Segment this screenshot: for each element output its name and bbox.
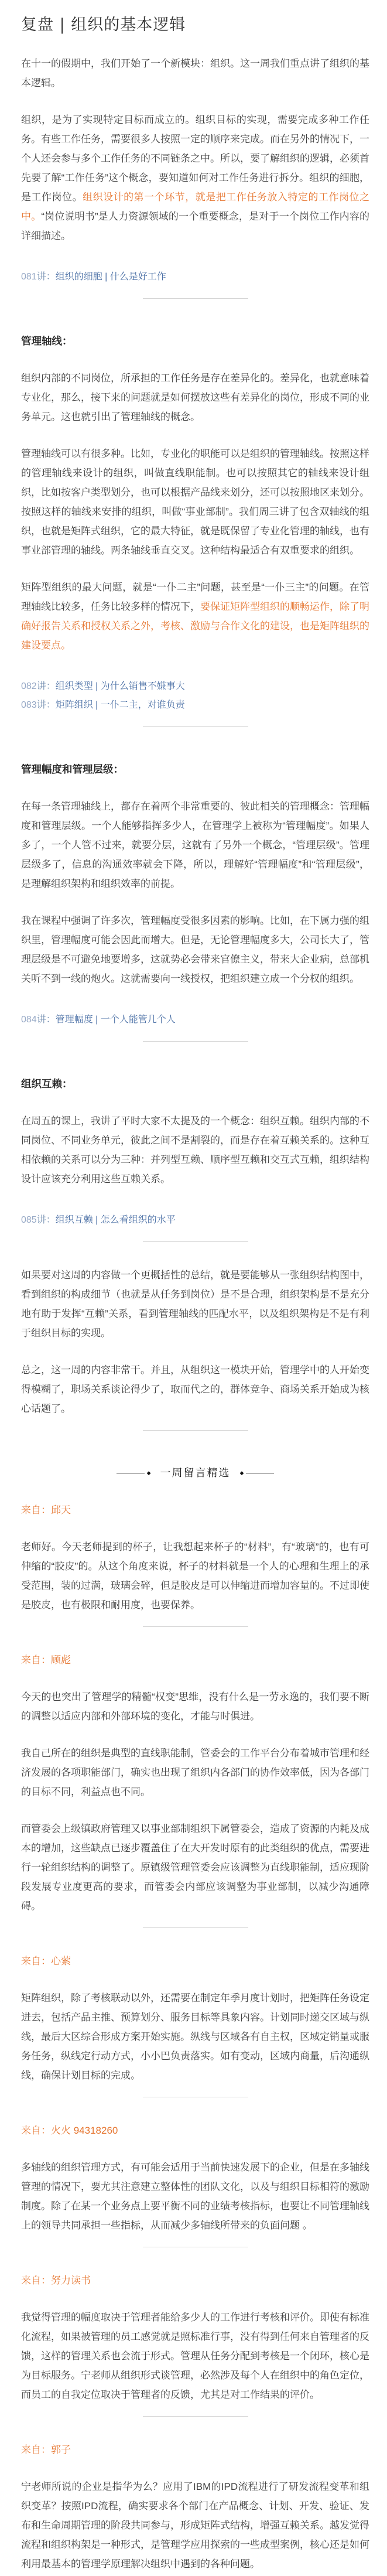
lecture-links: 084讲：管理幅度 | 一个人能管几个人 <box>21 1011 369 1029</box>
comment-author: 火火 94318260 <box>51 2125 118 2136</box>
diamond-icon: ◆ <box>147 1470 151 1476</box>
lecture-title: 矩阵组织 | 一仆二主，对谁负责 <box>56 700 185 710</box>
header-line-left <box>117 1473 145 1473</box>
header-line-right <box>246 1473 274 1473</box>
comment-author-label: 来自：心萦 <box>21 1951 369 1971</box>
section-divider <box>143 1430 248 1431</box>
span-levels-paragraph-2: 我在课程中强调了许多次，管理幅度受很多因素的影响。比如，在下属力强的组织里，管理… <box>21 911 369 988</box>
comment-paragraph: 宁老师所说的企业是指华为么？应用了IBM的IPD流程进行了研发流程变革和组织变革… <box>21 2477 369 2574</box>
lecture-link-082[interactable]: 082讲：组织类型 | 为什么销售不嫌事大 <box>21 677 369 696</box>
section-divider <box>143 1626 248 1627</box>
comment-author-label: 来自：邱天 <box>21 1500 369 1520</box>
comment-author: 顾彪 <box>51 1654 71 1666</box>
diamond-icon: ◆ <box>240 1470 244 1476</box>
section-heading-interdependence: 组织互赖： <box>21 1074 369 1094</box>
summary-paragraph-1: 如果要对这周的内容做一个更概括性的总结，就是要能够从一张组织结构图中，看到组织的… <box>21 1265 369 1343</box>
lecture-links: 082讲：组织类型 | 为什么销售不嫌事大 083讲：矩阵组织 | 一仆二主，对… <box>21 677 369 715</box>
lecture-number: 084 <box>21 1015 37 1025</box>
body-text: 组织，是为了实现特定目标而成立的。组织目标的实现，需要完成多种工作任务。有些工作… <box>21 114 369 203</box>
lecture-suffix: 讲： <box>37 681 56 691</box>
lecture-number: 081 <box>21 272 37 282</box>
lecture-number: 082 <box>21 681 37 691</box>
lecture-suffix: 讲： <box>37 1015 56 1025</box>
intro-paragraph-2: 组织，是为了实现特定目标而成立的。组织目标的实现，需要完成多种工作任务。有些工作… <box>21 110 369 245</box>
from-label: 来自： <box>21 2444 51 2455</box>
section-divider <box>143 2247 248 2247</box>
article-page: 复盘 | 组织的基本逻辑 在十一的假期中，我们开始了一个新模块：组织。这一周我们… <box>0 0 387 2576</box>
comments-header-title: 一周留言精选 <box>160 1463 231 1483</box>
from-label: 来自： <box>21 1504 51 1516</box>
comment-author: 郭子 <box>51 2444 71 2455</box>
axis-paragraph-2: 管理轴线可以有很多种。比如，专业化的职能可以是组织的管理轴线。按照这样的管理轴线… <box>21 444 369 560</box>
comment-paragraph: 多轴线的组织管理方式，有可能会适用于当前快速发展下的企业，但是在多轴线管理的情况… <box>21 2158 369 2235</box>
comment-paragraph: 我自己所在的组织是典型的直线职能制，管委会的工作平台分布着城市管理和经济发展的各… <box>21 1744 369 1802</box>
lecture-title: 组织互赖 | 怎么看组织的水平 <box>56 1215 176 1225</box>
page-title: 复盘 | 组织的基本逻辑 <box>21 14 369 36</box>
lecture-link-084[interactable]: 084讲：管理幅度 | 一个人能管几个人 <box>21 1011 369 1029</box>
section-divider <box>143 2097 248 2097</box>
section-heading-span-and-levels: 管理幅度和管理层级： <box>21 760 369 779</box>
comment-author: 努力读书 <box>51 2275 91 2286</box>
axis-paragraph-3: 矩阵型组织的最大问题，就是“一仆二主”问题，甚至是“一仆三主”的问题。在管理轴线… <box>21 578 369 655</box>
comment-author-label: 来自：努力读书 <box>21 2271 369 2290</box>
from-label: 来自： <box>21 2275 51 2286</box>
section-heading-management-axis: 管理轴线： <box>21 332 369 351</box>
lecture-links: 085讲：组织互赖 | 怎么看组织的水平 <box>21 1211 369 1230</box>
lecture-title: 组织的细胞 | 什么是好工作 <box>56 272 166 282</box>
lecture-suffix: 讲： <box>37 1215 56 1225</box>
lecture-link-081[interactable]: 081讲：组织的细胞 | 什么是好工作 <box>21 268 369 286</box>
comment-author-label: 来自：顾彪 <box>21 1650 369 1670</box>
lecture-suffix: 讲： <box>37 272 56 282</box>
comment-paragraph: 今天的也突出了管理学的精髓“权变”思维，没有什么是一劳永逸的，我们要不断的调整以… <box>21 1687 369 1726</box>
comment-author: 心萦 <box>51 1956 71 1967</box>
section-divider <box>143 298 248 299</box>
body-text: “岗位说明书”是人力资源领域的一个重要概念，是对于一个岗位工作内容的详细描述。 <box>21 211 369 241</box>
section-divider <box>143 1927 248 1928</box>
lecture-link-083[interactable]: 083讲：矩阵组织 | 一仆二主，对谁负责 <box>21 696 369 715</box>
section-divider <box>143 1241 248 1242</box>
comment-paragraph: 矩阵组织，除了考核联动以外，还需要在制定年季月度计划时，把矩阵任务设定进去，包括… <box>21 1988 369 2085</box>
summary-paragraph-2: 总之，这一周的内容非常干。并且，从组织这一模块开始，管理学中的人开始变得模糊了，… <box>21 1360 369 1418</box>
intro-paragraph-1: 在十一的假期中，我们开始了一个新模块：组织。这一周我们重点讲了组织的基本逻辑。 <box>21 54 369 93</box>
comment-paragraph: 老师好。今天老师提到的杯子，让我想起来杯子的“材料”，有“玻璃”的，也有可伸缩的… <box>21 1537 369 1615</box>
lecture-suffix: 讲： <box>37 700 56 710</box>
from-label: 来自： <box>21 1956 51 1967</box>
interdependence-paragraph-1: 在周五的课上，我讲了平时大家不太提及的一个概念：组织互赖。组织内部的不同岗位、不… <box>21 1111 369 1189</box>
comment-author-label: 来自：火火 94318260 <box>21 2121 369 2140</box>
span-levels-paragraph-1: 在每一条管理轴线上，都存在着两个非常重要的、彼此相关的管理概念：管理幅度和管理层… <box>21 797 369 893</box>
comment-author: 邱天 <box>51 1504 71 1516</box>
lecture-number: 083 <box>21 700 37 710</box>
lecture-number: 085 <box>21 1215 37 1225</box>
comment-paragraph: 我觉得管理的幅度取决于管理者能给多少人的工作进行考核和评价。即使有标准化流程，如… <box>21 2308 369 2404</box>
section-divider <box>143 726 248 727</box>
comment-paragraph: 而管委会上级镇政府管理又以事业部制组织下属管委会，造成了资源的内耗及成本的增加，… <box>21 1819 369 1916</box>
section-divider <box>143 2416 248 2417</box>
axis-paragraph-1: 组织内部的不同岗位，所承担的工作任务是存在差异化的。差异化，也就意味着专业化，那… <box>21 369 369 427</box>
lecture-link-085[interactable]: 085讲：组织互赖 | 怎么看组织的水平 <box>21 1211 369 1230</box>
lecture-title: 管理幅度 | 一个人能管几个人 <box>56 1015 176 1025</box>
from-label: 来自： <box>21 1654 51 1666</box>
comment-author-label: 来自：郭子 <box>21 2440 369 2459</box>
from-label: 来自： <box>21 2125 51 2136</box>
section-divider <box>143 1041 248 1042</box>
lecture-links: 081讲：组织的细胞 | 什么是好工作 <box>21 268 369 286</box>
comments-header: ◆ 一周留言精选 ◆ <box>21 1463 369 1483</box>
lecture-title: 组织类型 | 为什么销售不嫌事大 <box>56 681 185 691</box>
